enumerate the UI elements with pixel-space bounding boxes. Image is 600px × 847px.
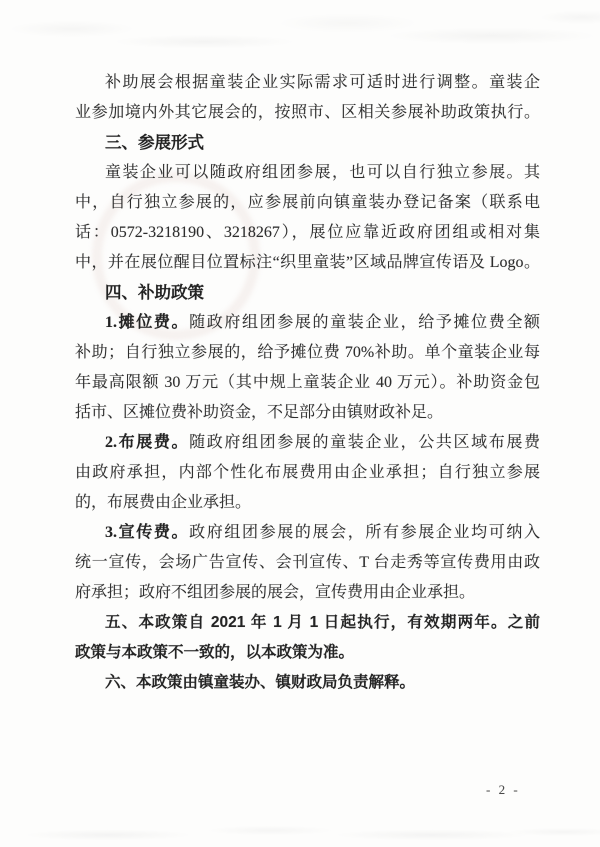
item-3-line-2: 统一宣传，会场广告宣传、会刊宣传、T 台走秀等宣传费用由政	[75, 548, 540, 578]
item-3-lead-rest: 政府组团参展的展会，所有参展企业均可纳入	[189, 524, 540, 541]
section-heading-3: 三、参展形式	[75, 128, 540, 158]
item-2-lead: 2.布展费。	[105, 434, 189, 451]
item-2-line-1: 2.布展费。随政府组团参展的童装企业，公共区域布展费	[75, 428, 540, 458]
item-2-line-3: 的，布展费由企业承担。	[75, 488, 540, 518]
paragraph-1-line-1: 补助展会根据童装企业实际需求可适时进行调整。童装企	[75, 68, 540, 98]
document-page: 补助展会根据童装企业实际需求可适时进行调整。童装企 业参加境内外其它展会的，按照…	[0, 0, 600, 847]
scan-noise-top	[0, 0, 600, 58]
item-1-lead: 1.摊位费。	[105, 314, 189, 331]
item-2-line-2: 由政府承担，内部个性化布展费用由企业承担；自行独立参展	[75, 458, 540, 488]
document-body: 补助展会根据童装企业实际需求可适时进行调整。童装企 业参加境内外其它展会的，按照…	[75, 68, 540, 698]
item-1-line-1: 1.摊位费。随政府组团参展的童装企业，给予摊位费全额	[75, 308, 540, 338]
paragraph-5-line-1: 五、本政策自 2021 年 1 月 1 日起执行，有效期两年。之前	[75, 608, 540, 638]
item-3-line-1: 3.宣传费。政府组团参展的展会，所有参展企业均可纳入	[75, 518, 540, 548]
scan-noise-bottom	[0, 817, 600, 847]
paragraph-2-line-4: 中，并在展位醒目位置标注“织里童装”区域品牌宣传语及 Logo。	[75, 248, 540, 278]
item-1-lead-rest: 随政府组团参展的童装企业，给予摊位费全额	[189, 314, 540, 331]
item-1-line-4: 括市、区摊位费补助资金，不足部分由镇财政补足。	[75, 398, 540, 428]
paragraph-5-line-2: 政策与本政策不一致的，以本政策为准。	[75, 638, 540, 668]
paragraph-2-line-1: 童装企业可以随政府组团参展，也可以自行独立参展。其	[75, 158, 540, 188]
paragraph-2-line-2: 中，自行独立参展的，应参展前向镇童装办登记备案（联系电	[75, 188, 540, 218]
item-3-line-3: 府承担；政府不组团参展的展会，宣传费用由企业承担。	[75, 578, 540, 608]
item-1-line-3: 年最高限额 30 万元（其中规上童装企业 40 万元）。补助资金包	[75, 368, 540, 398]
paragraph-1-line-2: 业参加境内外其它展会的，按照市、区相关参展补助政策执行。	[75, 98, 540, 128]
page-number: - 2 -	[486, 782, 519, 798]
paragraph-2-line-3: 话：0572-3218190、3218267），展位应靠近政府团组或相对集	[75, 218, 540, 248]
section-heading-4: 四、补助政策	[75, 278, 540, 308]
item-2-lead-rest: 随政府组团参展的童装企业，公共区域布展费	[189, 434, 540, 451]
item-1-line-2: 补助；自行独立参展的，给予摊位费 70%补助。单个童装企业每	[75, 338, 540, 368]
paragraph-6-line-1: 六、本政策由镇童装办、镇财政局负责解释。	[75, 668, 540, 698]
item-3-lead: 3.宣传费。	[105, 524, 189, 541]
